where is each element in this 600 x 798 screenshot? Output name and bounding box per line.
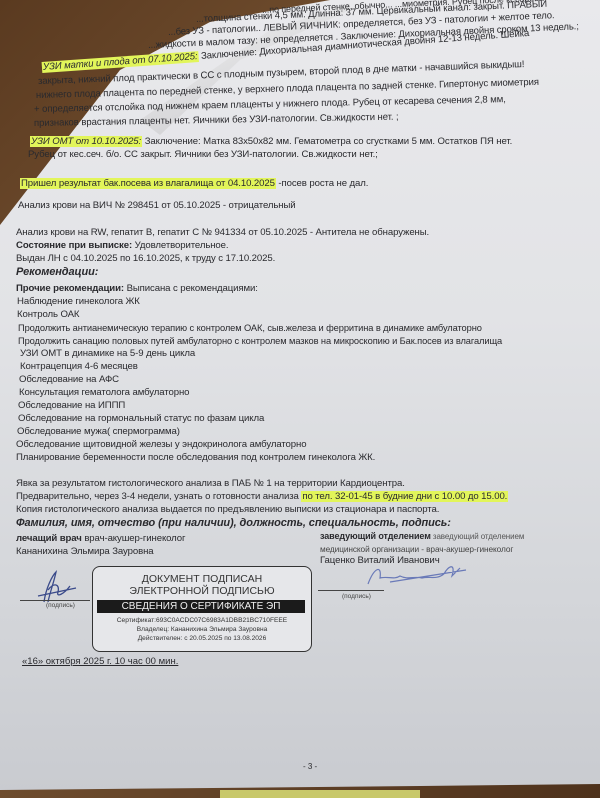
stamp-title-line2: ЭЛЕКТРОННОЙ ПОДПИСЬЮ bbox=[93, 585, 311, 597]
histology-line: Предварительно, через 3-4 недели, узнать… bbox=[16, 491, 508, 503]
bak-posev-highlight: Пришел результат бак.посева из влагалища… bbox=[20, 178, 276, 189]
stamp-certificate-id: Сертификат:693C0ACDC07C6983A1DBB21BC710F… bbox=[93, 616, 311, 625]
recommendation-item: Контроль ОАК bbox=[17, 309, 79, 321]
bak-posev-line: Пришел результат бак.посева из влагалища… bbox=[20, 178, 368, 190]
recommendation-item: Контрацепция 4-6 месяцев bbox=[20, 361, 138, 373]
histology-line: Явка за результатом гистологического ана… bbox=[16, 478, 405, 490]
recommendation-item: Наблюдение гинеколога ЖК bbox=[17, 296, 140, 308]
recommendation-item: Обследование на гормональный статус по ф… bbox=[18, 413, 264, 425]
attending-doctor-role: лечащий врач врач-акушер-гинеколог bbox=[16, 533, 185, 545]
recommendation-item: Обследование на АФС bbox=[19, 374, 119, 386]
recommendation-item: УЗИ ОМТ в динамике на 5-9 день цикла bbox=[20, 348, 195, 360]
discharge-state: Состояние при выписке: Удовлетворительно… bbox=[16, 240, 228, 252]
underlying-page-edge bbox=[220, 790, 420, 798]
recommendation-item: Продолжить санацию половых путей амбулат… bbox=[18, 335, 502, 347]
uzi2-label: УЗИ ОМТ от 10.10.2025: bbox=[30, 136, 142, 147]
phone-highlight: по тел. 32-01-45 в будние дни с 10.00 до… bbox=[301, 491, 508, 502]
doctor-signature-caption: (подпись) bbox=[46, 602, 75, 609]
recommendation-item: Обследование на ИППП bbox=[18, 400, 125, 412]
stamp-certificate-header: СВЕДЕНИЯ О СЕРТИФИКАТЕ ЭП bbox=[97, 600, 305, 613]
recommendation-item: Обследование щитовидной железы у эндокри… bbox=[16, 439, 306, 451]
other-recommendations: Прочие рекомендации: Выписана с рекоменд… bbox=[16, 283, 258, 295]
electronic-signature-stamp: ДОКУМЕНТ ПОДПИСАН ЭЛЕКТРОННОЙ ПОДПИСЬЮ С… bbox=[92, 566, 312, 652]
head-signature-caption: (подпись) bbox=[342, 593, 371, 600]
doctor-signature-line bbox=[20, 600, 90, 601]
head-of-department-role: заведующий отделением заведующий отделен… bbox=[320, 530, 524, 543]
document-date: «16» октября 2025 г. 10 час 00 мин. bbox=[22, 656, 178, 667]
recommendation-item: Консультация гематолога амбулаторно bbox=[19, 387, 189, 399]
signatures-title: Фамилия, имя, отчество (при наличии), до… bbox=[16, 517, 451, 529]
recommendations-title: Рекомендации: bbox=[16, 266, 98, 278]
stamp-owner: Владелец: Кананихина Эльмира Зауровна bbox=[93, 625, 311, 634]
recommendation-item: Планирование беременности после обследов… bbox=[16, 452, 375, 464]
uzi2-line: УЗИ ОМТ от 10.10.2025: Заключение: Матка… bbox=[30, 136, 512, 148]
sick-leave: Выдан ЛН с 04.10.2025 по 16.10.2025, к т… bbox=[16, 253, 275, 265]
stamp-validity: Действителен: с 20.05.2025 по 13.08.2026 bbox=[93, 634, 311, 643]
histology-line: Копия гистологического анализа выдается … bbox=[16, 504, 439, 516]
head-signature-icon bbox=[360, 558, 470, 594]
head-of-department-role2: медицинской организации - врач-акушер-ги… bbox=[320, 543, 513, 555]
head-signature-line bbox=[318, 590, 384, 591]
attending-doctor-name: Кананихина Эльмира Зауровна bbox=[16, 546, 154, 558]
page-number: - 3 - bbox=[303, 762, 317, 771]
stamp-title-line1: ДОКУМЕНТ ПОДПИСАН bbox=[93, 573, 311, 585]
recommendation-item: Продолжить антианемическую терапию с кон… bbox=[18, 322, 482, 334]
hiv-result: Анализ крови на ВИЧ № 298451 от 05.10.20… bbox=[18, 200, 296, 212]
uzi2-line: Рубец от кес.сеч. б/о. СС закрыт. Яичник… bbox=[28, 149, 378, 161]
rw-result: Анализ крови на RW, гепатит В, гепатит С… bbox=[16, 227, 429, 239]
recommendation-item: Обследование мужа( спермограмма) bbox=[17, 426, 180, 438]
